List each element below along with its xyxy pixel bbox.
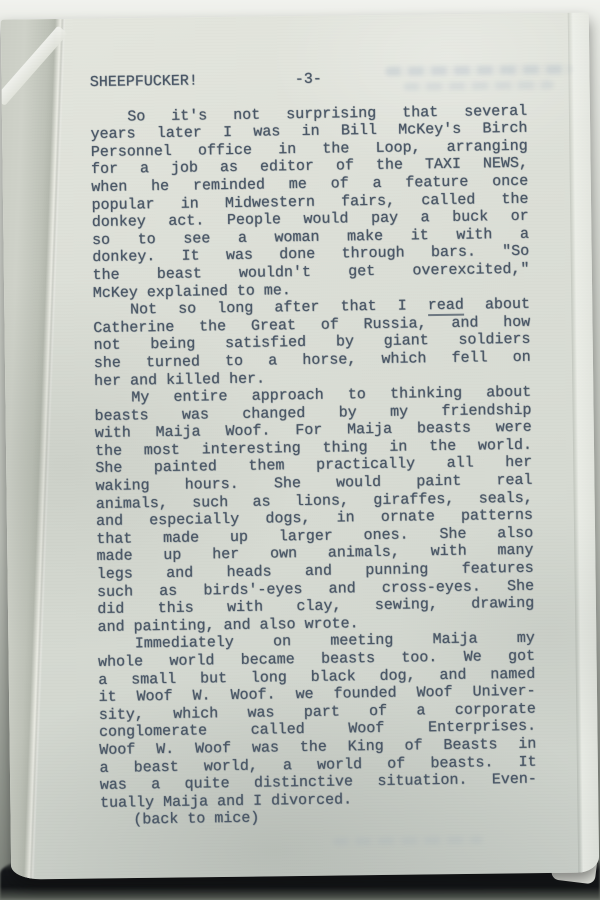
- right-page-edge: [568, 12, 600, 872]
- underlined-word: read: [428, 297, 464, 317]
- page-number: -3-: [295, 71, 322, 89]
- page-title: SHEEPFUCKER!: [90, 72, 198, 91]
- paragraph: So it's not surprising that severalyears…: [90, 102, 530, 302]
- paragraph: My entire approach to thinking aboutbeas…: [94, 384, 534, 637]
- showthrough-smudge: [333, 836, 483, 846]
- typewritten-text: SHEEPFUCKER! -3- So it's not surprising …: [90, 68, 538, 830]
- zine-page: SHEEPFUCKER! -3- So it's not surprising …: [1, 12, 599, 879]
- page-header: SHEEPFUCKER! -3-: [90, 68, 527, 92]
- paragraph: Not so long after that I read aboutCathe…: [93, 296, 531, 390]
- text-body: So it's not surprising that severalyears…: [90, 102, 537, 812]
- photographed-page: SHEEPFUCKER! -3- So it's not surprising …: [0, 0, 600, 900]
- left-fold: [1, 19, 64, 880]
- paragraph: Immediately on meeting Maija mywhole wor…: [98, 630, 537, 812]
